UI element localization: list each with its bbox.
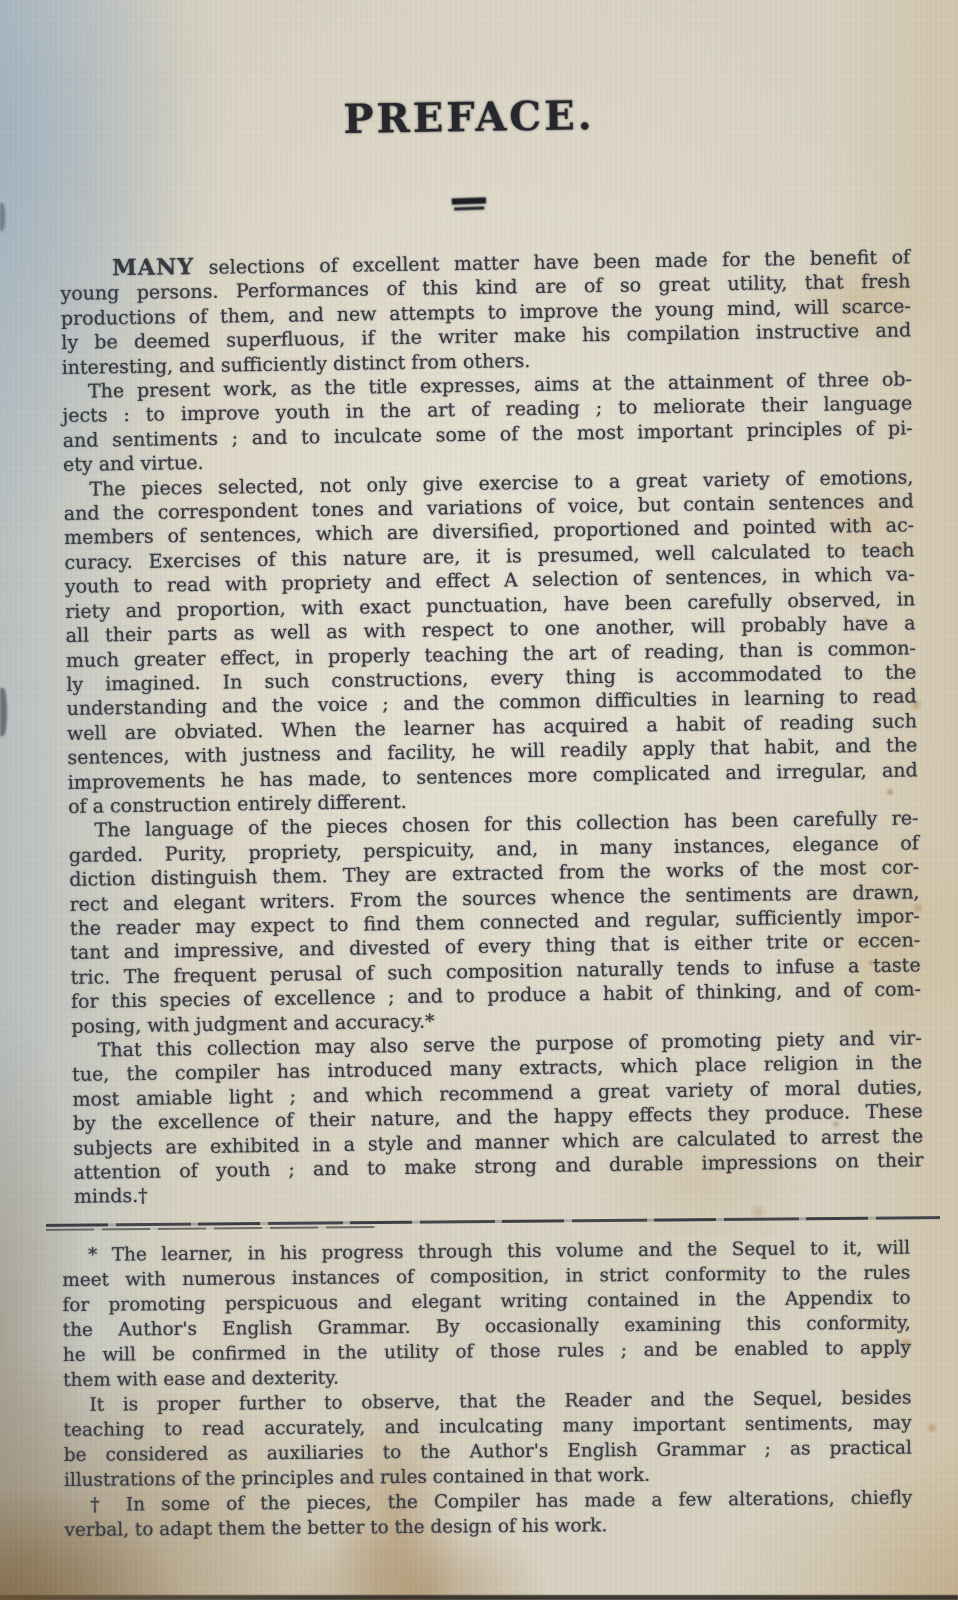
left-edge-mark-upper: [0, 203, 5, 231]
footnote-block: * The learner, in his progress through t…: [62, 1236, 913, 1543]
paragraph-1: MANY selections of excellent matter have…: [60, 244, 912, 380]
paragraph-2: The present work, as the title expresses…: [62, 367, 913, 477]
left-edge-mark-lower: [0, 688, 7, 736]
paragraph-5: That this collection may also serve the …: [72, 1026, 924, 1209]
preface-body: MANY selections of excellent matter have…: [60, 244, 924, 1209]
footnote-asterisk: * The learner, in his progress through t…: [62, 1236, 911, 1393]
scan-bottom-edge: [0, 1595, 958, 1600]
paragraph-4: The language of the pieces chosen for th…: [68, 807, 921, 1039]
lead-word: MANY: [112, 254, 194, 281]
book-page-scan: PREFACE. MANY selections of excellent ma…: [0, 0, 958, 1600]
paragraph-3: The pieces selected, not only give exerc…: [63, 465, 918, 819]
footnote-reader-sequel: It is proper further to observe, that th…: [63, 1386, 912, 1493]
title-ornament: [452, 197, 486, 210]
ornament-bar-top: [452, 197, 486, 204]
footnote-dagger: † In some of the pieces, the Compiler ha…: [64, 1486, 912, 1543]
